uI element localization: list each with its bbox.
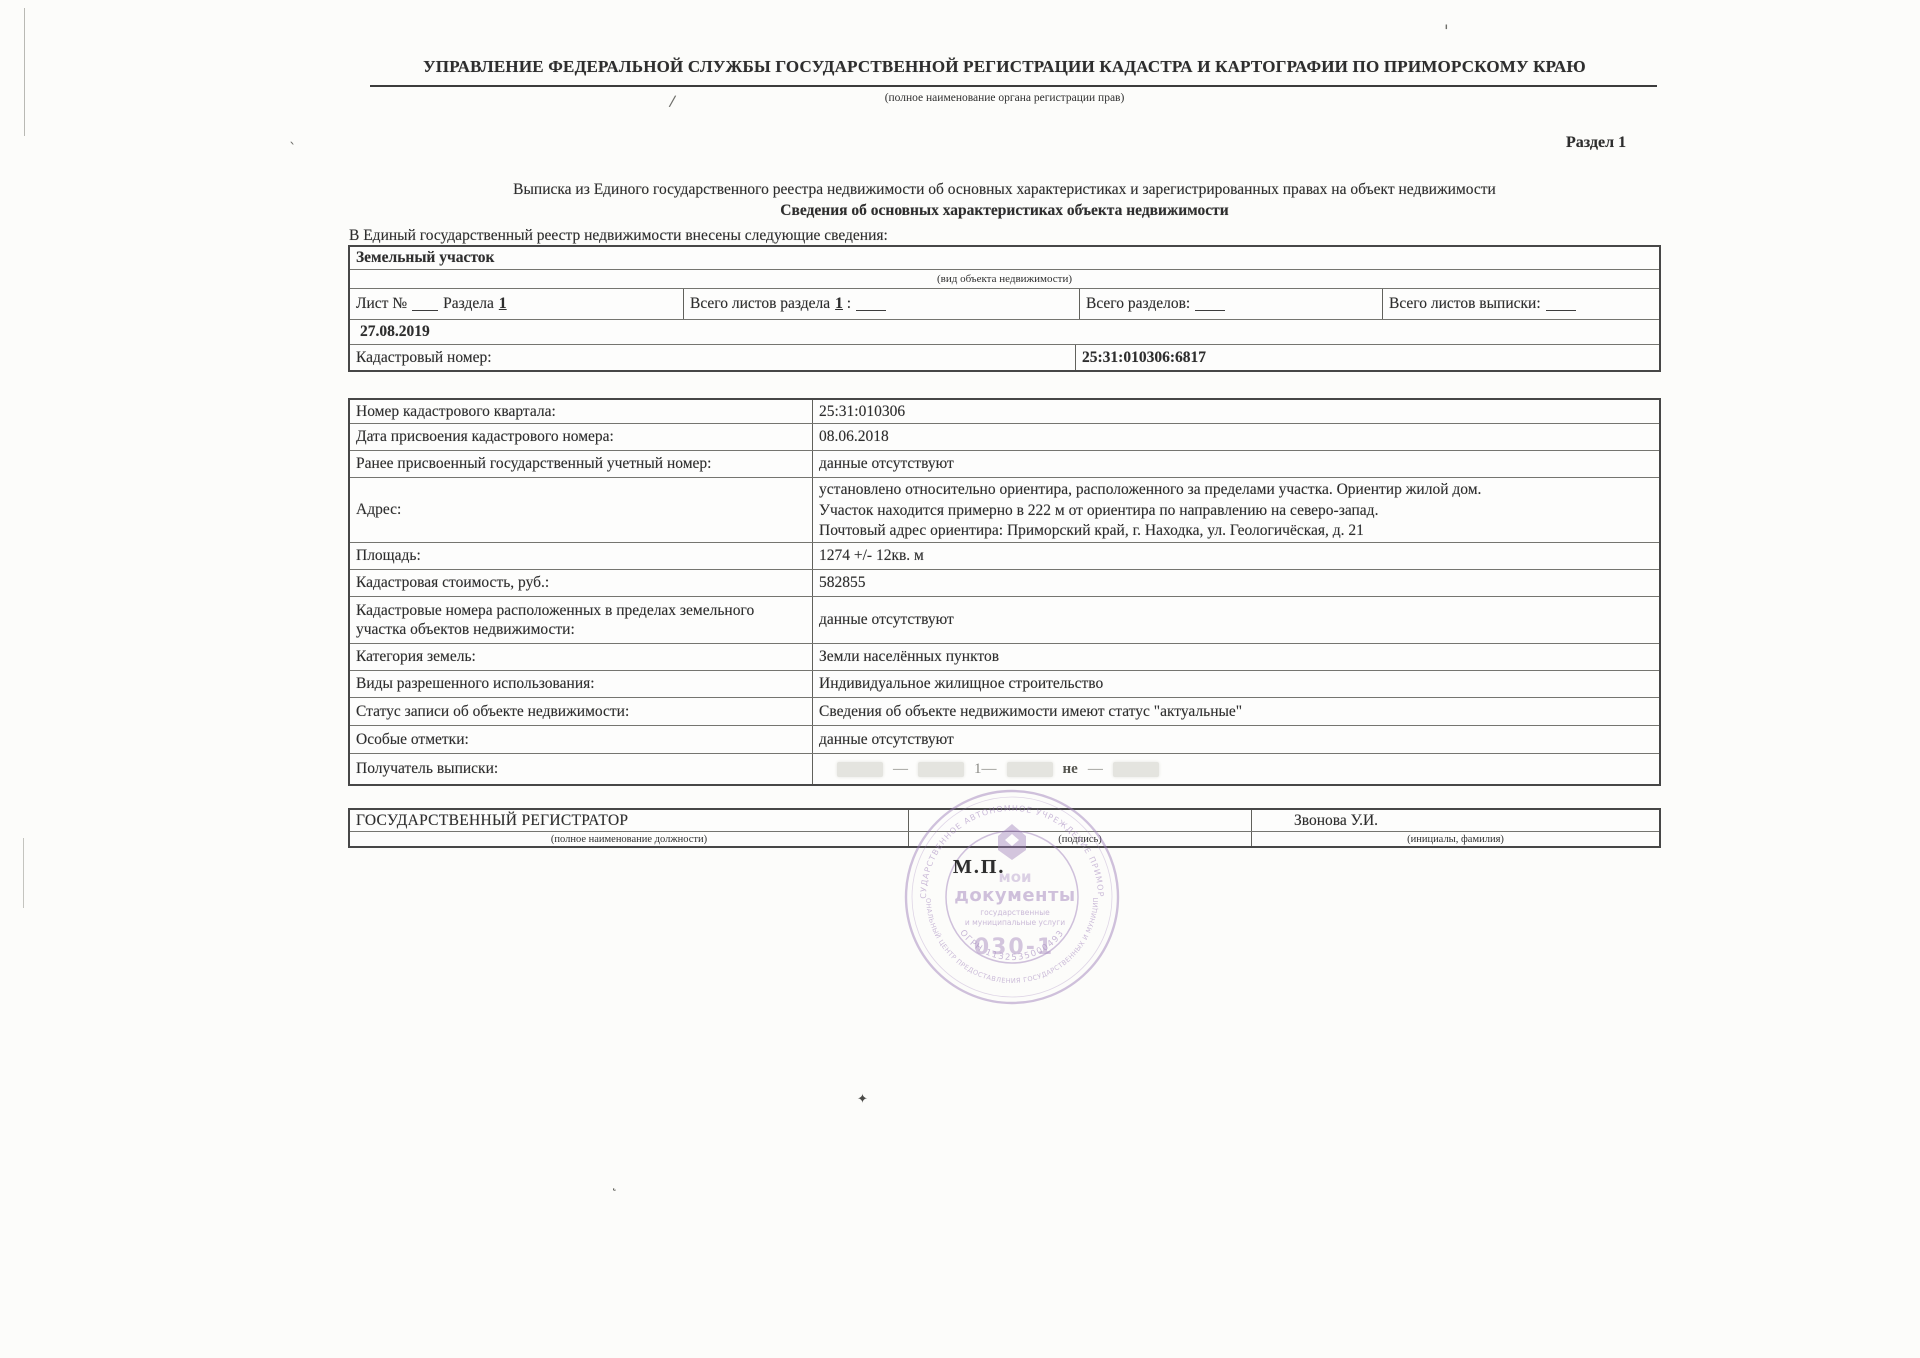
row-label: Площадь: (350, 543, 813, 569)
row-label: Категория земель: (350, 644, 813, 670)
name-caption: (инициалы, фамилия) (1252, 832, 1659, 846)
blank-line (412, 298, 438, 311)
seal-place-mark: М.П. (953, 856, 1005, 879)
stamp-sub-line1: государственные (980, 908, 1050, 917)
table-row: Особые отметки: данные отсутствуют (350, 726, 1659, 754)
row-label: Номер кадастрового квартала: (350, 400, 813, 423)
blank-line (1546, 298, 1576, 311)
org-name-title: УПРАВЛЕНИЕ ФЕДЕРАЛЬНОЙ СЛУЖБЫ ГОСУДАРСТВ… (348, 57, 1661, 77)
row-label: Статус записи об объекте недвижимости: (350, 698, 813, 725)
table-row: Кадастровая стоимость, руб.: 582855 (350, 570, 1659, 597)
address-line: Почтовый адрес ориентира: Приморский кра… (819, 521, 1653, 542)
row-value: данные отсутствуют (813, 726, 1659, 753)
cadastral-number-label: Кадастровый номер: (350, 345, 1076, 370)
intro-line: В Единый государственный реестр недвижим… (349, 227, 888, 245)
table-row: Номер кадастрового квартала: 25:31:01030… (350, 400, 1659, 424)
scan-artifact: ` (289, 140, 297, 158)
row-value: 1274 +/- 12кв. м (813, 543, 1659, 569)
registrar-title: ГОСУДАРСТВЕННЫЙ РЕГИСТРАТОР (350, 810, 909, 831)
table-row: Ранее присвоенный государственный учетны… (350, 451, 1659, 478)
section-label: Раздел 1 (1566, 134, 1626, 152)
table-row: Статус записи об объекте недвижимости: С… (350, 698, 1659, 726)
extract-subtitle: Сведения об основных характеристиках объ… (348, 202, 1661, 220)
row-label: Кадастровая стоимость, руб.: (350, 570, 813, 596)
row-label: Виды разрешенного использования: (350, 671, 813, 697)
table-row: Дата присвоения кадастрового номера: 08.… (350, 424, 1659, 451)
stamp-brand: документы (954, 885, 1075, 906)
row-label: Ранее присвоенный государственный учетны… (350, 451, 813, 477)
extract-date: 27.08.2019 (350, 320, 1659, 345)
object-header-table: Земельный участок (вид объекта недвижимо… (348, 245, 1661, 372)
sheet-number-cell: Лист №Раздела1 (350, 289, 684, 319)
row-value: Индивидуальное жилищное строительство (813, 671, 1659, 697)
document-page: УПРАВЛЕНИЕ ФЕДЕРАЛЬНОЙ СЛУЖБЫ ГОСУДАРСТВ… (0, 0, 1920, 1358)
row-value: Земли населённых пунктов (813, 644, 1659, 670)
blank-line (1195, 298, 1225, 311)
cadastral-number-value: 25:31:010306:6817 (1076, 345, 1659, 370)
object-type-caption: (вид объекта недвижимости) (350, 270, 1659, 289)
row-label: Получатель выписки: (350, 754, 813, 784)
scan-edge-line (24, 8, 25, 136)
address-value: установлено относительно ориентира, расп… (813, 478, 1659, 542)
scan-artifact: ' (1444, 22, 1449, 42)
org-name-caption: (полное наименование органа регистрации … (348, 92, 1661, 104)
row-value: данные отсутствуют (813, 597, 1659, 643)
table-row: Площадь: 1274 +/- 12кв. м (350, 543, 1659, 570)
row-value: 582855 (813, 570, 1659, 596)
extract-title: Выписка из Единого государственного реес… (348, 181, 1661, 199)
registrar-name: Звонова У.И. (1252, 810, 1659, 831)
scan-edge-line (23, 838, 24, 908)
row-label: Адрес: (350, 478, 813, 542)
sheets-in-section-cell: Всего листов раздела1 : (684, 289, 1080, 319)
total-sections-cell: Всего разделов: (1080, 289, 1383, 319)
row-label: Дата присвоения кадастрового номера: (350, 424, 813, 450)
position-caption: (полное наименование должности) (350, 832, 909, 846)
address-line: установлено относительно ориентира, расп… (819, 480, 1653, 501)
row-label: Особые отметки: (350, 726, 813, 753)
details-table: Номер кадастрового квартала: 25:31:01030… (348, 398, 1661, 786)
row-value: 08.06.2018 (813, 424, 1659, 450)
scan-artifact: ✦ (857, 1092, 868, 1107)
row-label: Кадастровые номера расположенных в преде… (350, 597, 813, 643)
row-value: данные отсутствуют (813, 451, 1659, 477)
scan-artifact: ˛ (609, 1176, 618, 1193)
address-line: Участок находится примерно в 222 м от ор… (819, 501, 1653, 522)
table-row-address: Адрес: установлено относительно ориентир… (350, 478, 1659, 543)
table-row: Категория земель: Земли населённых пункт… (350, 644, 1659, 671)
row-value: 25:31:010306 (813, 400, 1659, 423)
stamp-code: 030-1 (974, 935, 1054, 960)
cadastral-number-row: Кадастровый номер: 25:31:010306:6817 (350, 345, 1659, 370)
stamp-sub-line2: и муниципальные услуги (965, 918, 1065, 927)
org-name-underline (370, 85, 1657, 87)
blank-line (856, 298, 886, 311)
row-value: Сведения об объекте недвижимости имеют с… (813, 698, 1659, 725)
table-row: Виды разрешенного использования: Индивид… (350, 671, 1659, 698)
object-type: Земельный участок (350, 247, 1659, 270)
stamp-logo-icon (998, 824, 1026, 860)
table-row: Кадастровые номера расположенных в преде… (350, 597, 1659, 644)
round-stamp: КРАЕВОЕ ГОСУДАРСТВЕННОЕ АВТОНОМНОЕ УЧРЕЖ… (887, 772, 1137, 1022)
sheet-counts-row: Лист №Раздела1 Всего листов раздела1 : В… (350, 289, 1659, 320)
whiteout-mark (837, 762, 883, 777)
total-sheets-cell: Всего листов выписки: (1383, 289, 1659, 319)
